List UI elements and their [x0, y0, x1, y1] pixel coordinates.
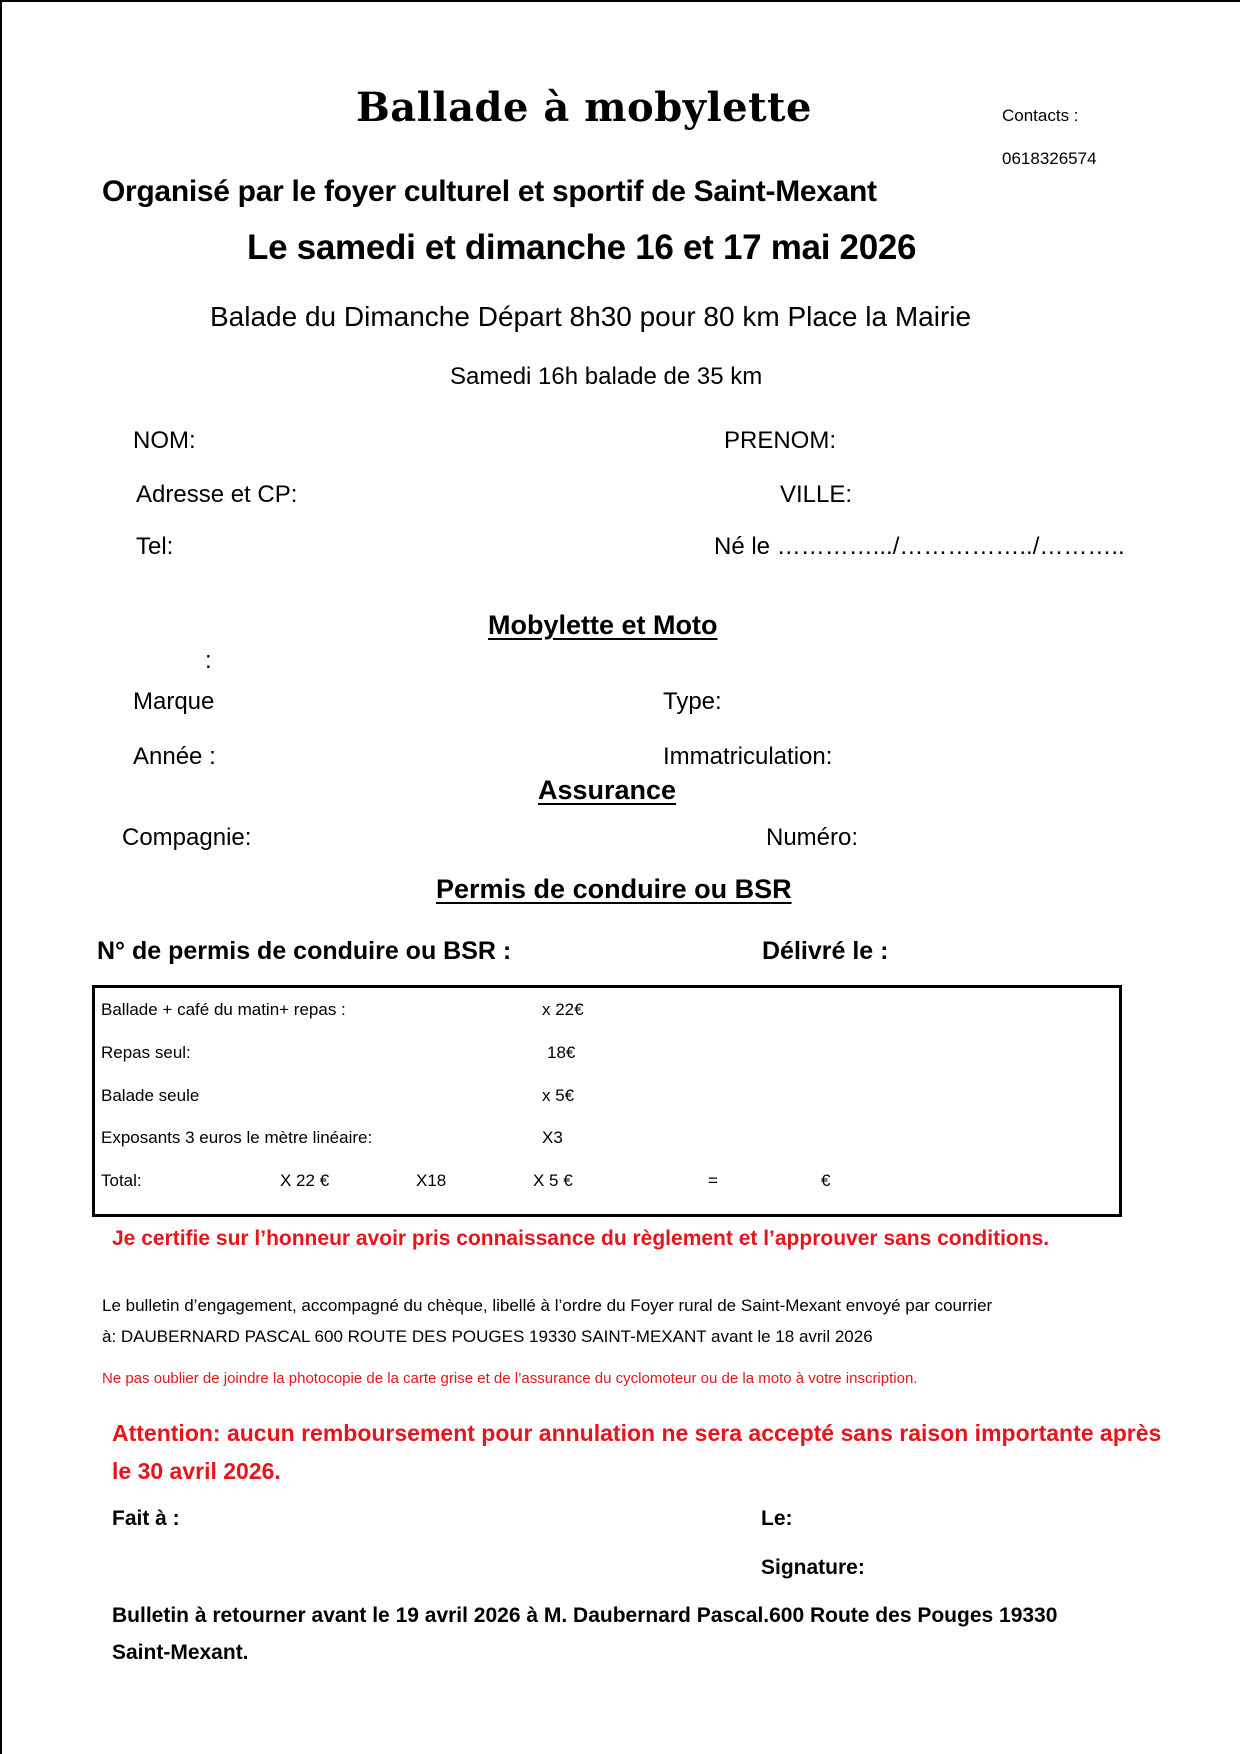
- insurance-section-heading: Assurance: [538, 777, 676, 804]
- price-row-label: Exposants 3 euros le mètre linéaire:: [101, 1129, 372, 1146]
- pricing-box: Ballade + café du matin+ repas : x 22€ R…: [92, 985, 1122, 1217]
- immatriculation-field[interactable]: Immatriculation:: [663, 745, 832, 769]
- total-amount[interactable]: €: [821, 1172, 830, 1189]
- type-field[interactable]: Type:: [663, 690, 722, 714]
- license-issued-field[interactable]: Délivré le :: [762, 939, 888, 964]
- price-row-value: x 5€: [542, 1087, 574, 1104]
- bulletin-instructions-line-1: Le bulletin d’engagement, accompagné du …: [102, 1297, 992, 1314]
- vehicle-section-heading: Mobylette et Moto: [488, 612, 718, 639]
- fait-a-field[interactable]: Fait à :: [112, 1508, 180, 1529]
- ville-field[interactable]: VILLE:: [780, 483, 852, 507]
- total-col-2[interactable]: X18: [416, 1172, 446, 1189]
- refund-notice-line-2: le 30 avril 2026.: [112, 1460, 281, 1483]
- return-instructions-line-2: Saint-Mexant.: [112, 1642, 249, 1663]
- vehicle-colon: :: [205, 649, 212, 673]
- license-number-field[interactable]: N° de permis de conduire ou BSR :: [97, 939, 511, 964]
- nom-field[interactable]: NOM:: [133, 429, 196, 453]
- document-title: Ballade à mobylette: [356, 88, 812, 128]
- price-row-value: x 22€: [542, 1001, 584, 1018]
- contacts-phone: 0618326574: [1002, 150, 1097, 167]
- refund-notice-line-1: Attention: aucun remboursement pour annu…: [112, 1422, 1161, 1445]
- prenom-field[interactable]: PRENOM:: [724, 429, 836, 453]
- return-instructions-line-1: Bulletin à retourner avant le 19 avril 2…: [112, 1605, 1057, 1626]
- total-col-1[interactable]: X 22 €: [280, 1172, 329, 1189]
- signature-field[interactable]: Signature:: [761, 1557, 865, 1578]
- price-row-value: X3: [542, 1129, 563, 1146]
- saturday-ride-info: Samedi 16h balade de 35 km: [450, 365, 762, 389]
- license-section-heading: Permis de conduire ou BSR: [436, 876, 792, 903]
- numero-field[interactable]: Numéro:: [766, 826, 858, 850]
- event-dates-heading: Le samedi et dimanche 16 et 17 mai 2026: [247, 230, 916, 265]
- documents-reminder: Ne pas oublier de joindre la photocopie …: [102, 1371, 917, 1386]
- certification-statement: Je certifie sur l’honneur avoir pris con…: [112, 1228, 1049, 1249]
- total-equals: =: [708, 1172, 718, 1189]
- sunday-ride-info: Balade du Dimanche Départ 8h30 pour 80 k…: [210, 303, 971, 331]
- page-border-top: [0, 0, 1240, 2]
- organizer-heading: Organisé par le foyer culturel et sporti…: [102, 177, 877, 207]
- date-field[interactable]: Le:: [761, 1508, 793, 1529]
- birthdate-field[interactable]: Né le ………….../……………../………..: [714, 535, 1125, 559]
- adresse-field[interactable]: Adresse et CP:: [136, 483, 297, 507]
- marque-field[interactable]: Marque: [133, 690, 214, 714]
- bulletin-instructions-line-2: à: DAUBERNARD PASCAL 600 ROUTE DES POUGE…: [102, 1328, 873, 1345]
- price-row-label: Repas seul:: [101, 1044, 191, 1061]
- annee-field[interactable]: Année :: [133, 745, 216, 769]
- total-col-3[interactable]: X 5 €: [533, 1172, 573, 1189]
- compagnie-field[interactable]: Compagnie:: [122, 826, 251, 850]
- price-row-label: Balade seule: [101, 1087, 199, 1104]
- total-label: Total:: [101, 1172, 142, 1189]
- price-row-label: Ballade + café du matin+ repas :: [101, 1001, 346, 1018]
- page-border-left: [0, 0, 2, 1754]
- contacts-label: Contacts :: [1002, 107, 1079, 124]
- price-row-value: 18€: [547, 1044, 575, 1061]
- tel-field[interactable]: Tel:: [136, 535, 173, 559]
